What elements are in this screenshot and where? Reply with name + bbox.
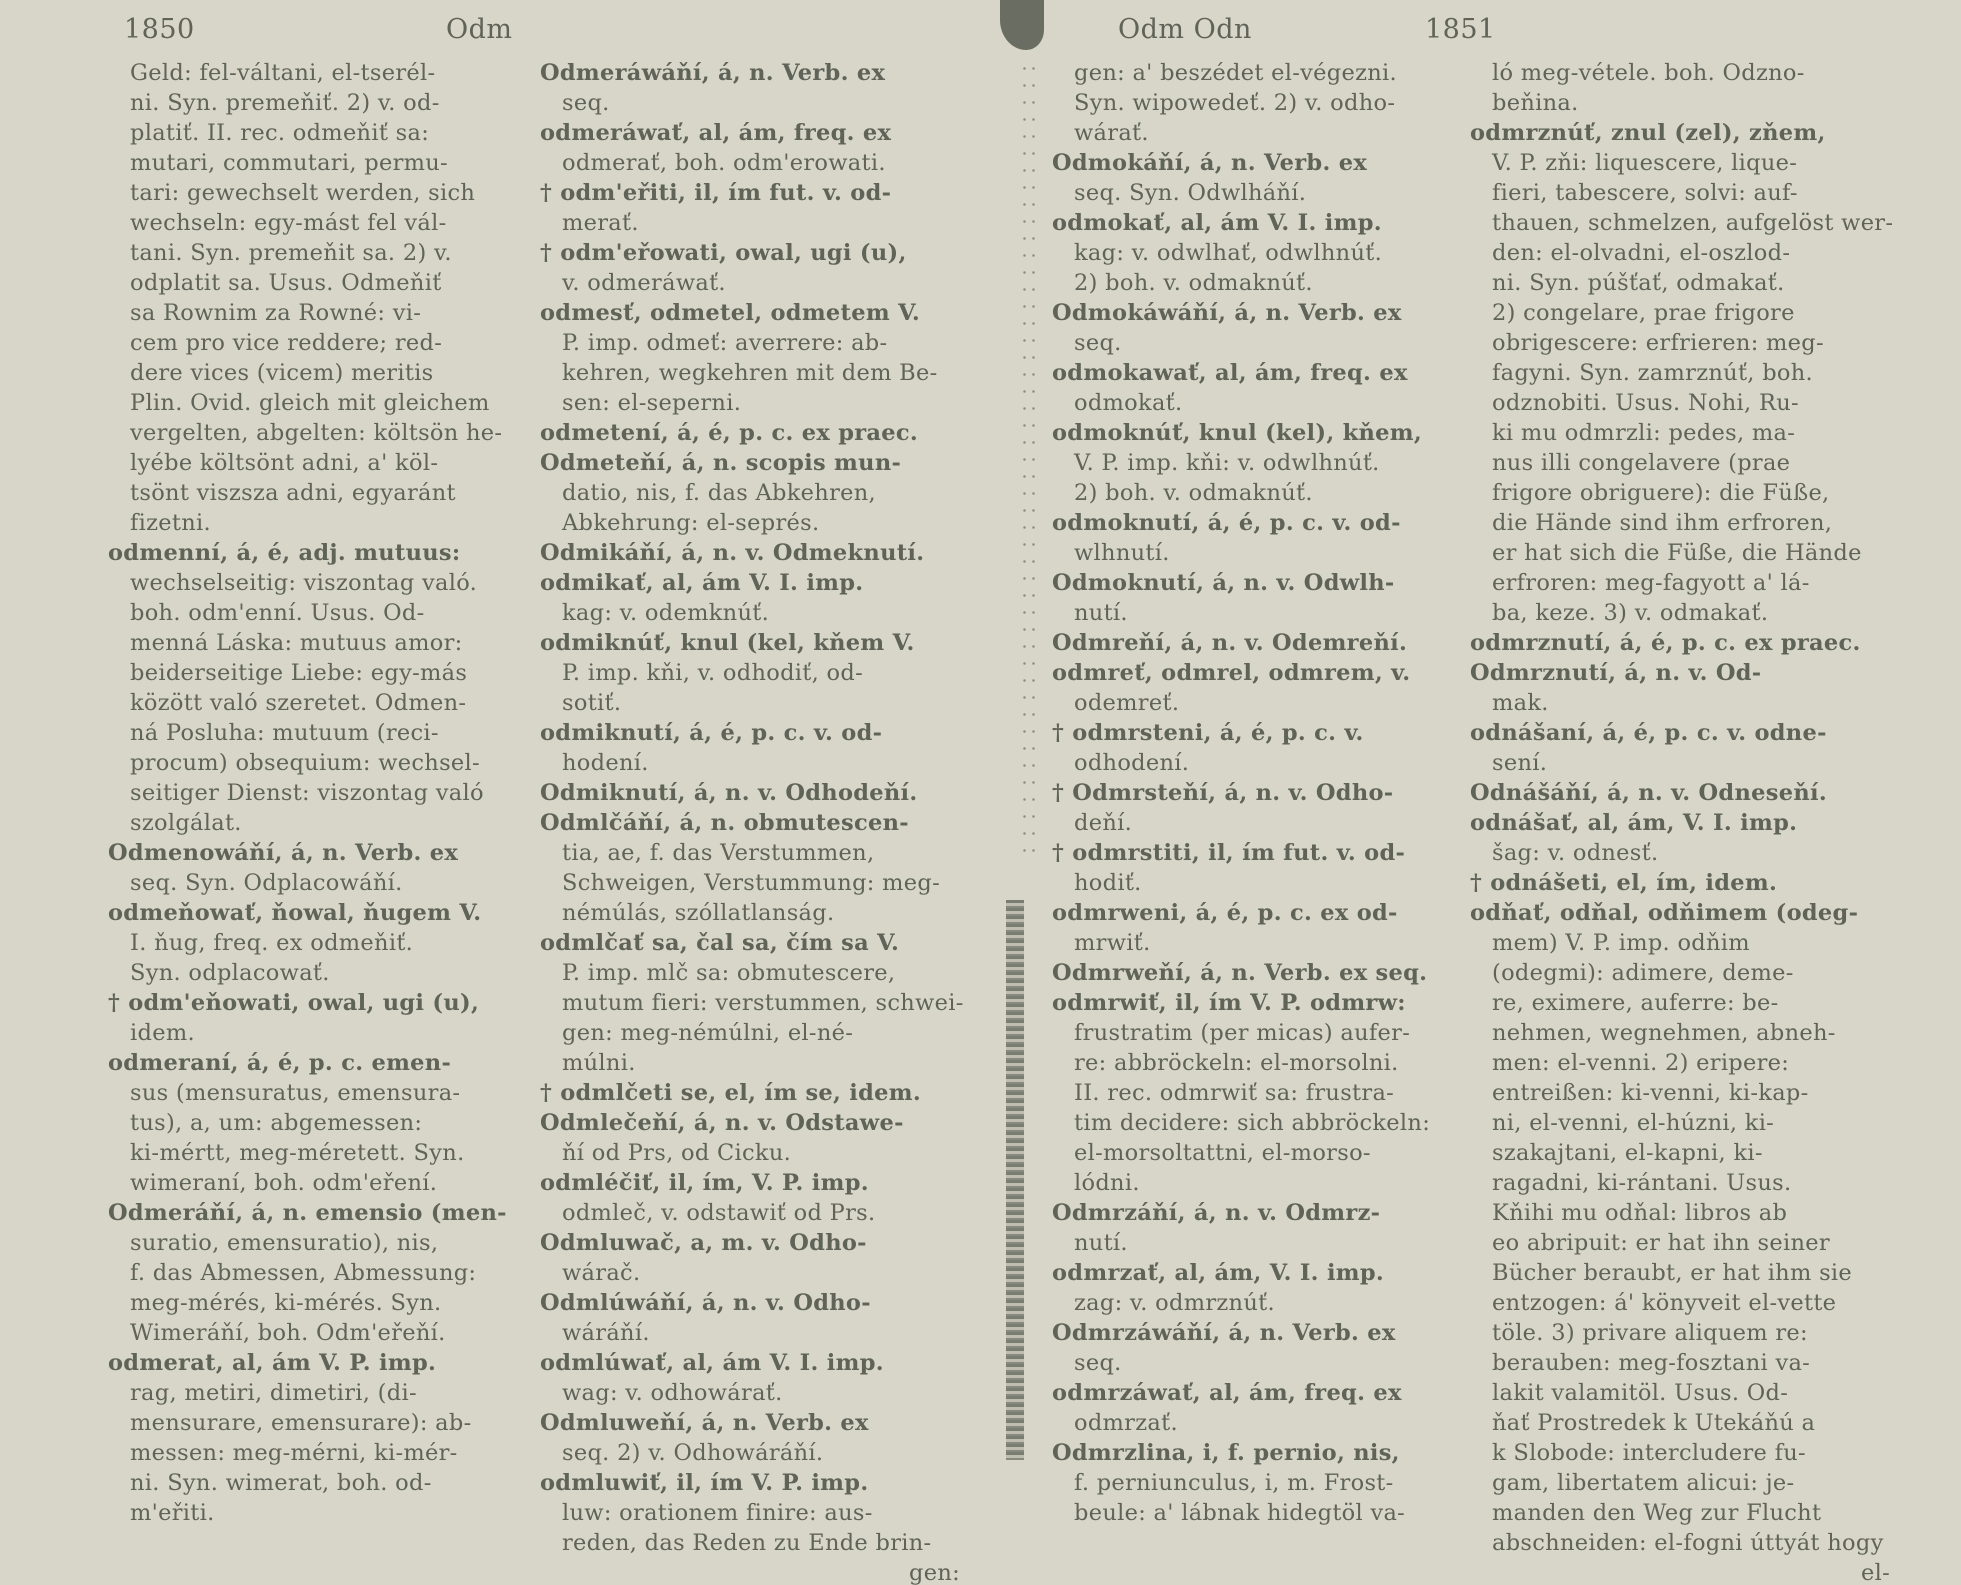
- entry-text-line: mak.: [1492, 688, 1549, 718]
- entry-headword-line: † odnášeti, el, ím, idem.: [1470, 868, 1777, 898]
- entry-headword-line: odňať, odňal, odňimem (odeg-: [1470, 898, 1858, 928]
- entry-headword-line: Odmenowáňí, á, n. Verb. ex: [108, 838, 458, 868]
- entry-text-line: szakajtani, el-kapni, ki-: [1492, 1138, 1763, 1168]
- entry-headword-line: odnášaní, á, é, p. c. v. odne-: [1470, 718, 1827, 748]
- entry-headword-line: odmluwiť, il, ím V. P. imp.: [540, 1468, 868, 1498]
- entry-text-line: nutí.: [1074, 598, 1128, 628]
- dictionary-column-4: ló meg-vétele. boh. Odzno-beňina.odmrznú…: [1470, 0, 1890, 1585]
- entry-headword-line: odmesť, odmetel, odmetem V.: [540, 298, 920, 328]
- entry-text-line: procum) obsequium: wechsel-: [130, 748, 480, 778]
- entry-text-line: er hat sich die Füße, die Hände: [1492, 538, 1862, 568]
- entry-text-line: v. odmeráwať.: [562, 268, 726, 298]
- entry-text-line: Geld: fel-váltani, el-tserél-: [130, 58, 435, 88]
- entry-headword-line: odmenní, á, é, adj. mutuus:: [108, 538, 461, 568]
- entry-text-line: ňať Prostredek k Utekáňú a: [1492, 1408, 1815, 1438]
- entry-text-line: Schweigen, Verstummung: meg-: [562, 868, 940, 898]
- entry-headword-line: odmrzáwať, al, ám, freq. ex: [1052, 1378, 1402, 1408]
- entry-headword-line: odmrznutí, á, é, p. c. ex praec.: [1470, 628, 1861, 658]
- entry-text-line: ki-mértt, meg-méretett. Syn.: [130, 1138, 465, 1168]
- entry-headword-line: † Odmrsteňí, á, n. v. Odho-: [1052, 778, 1393, 808]
- entry-headword-line: Odmlúwáňí, á, n. v. Odho-: [540, 1288, 871, 1318]
- entry-headword-line: Odmeteňí, á, n. scopis mun-: [540, 448, 901, 478]
- entry-text-line: mem) V. P. imp. odňim: [1492, 928, 1750, 958]
- entry-text-line: töle. 3) privare aliquem re:: [1492, 1318, 1808, 1348]
- entry-text-line: die Hände sind ihm erfroren,: [1492, 508, 1832, 538]
- entry-text-line: II. rec. odmrwiť sa: frustra-: [1074, 1078, 1394, 1108]
- entry-text-line: dere vices (vicem) meritis: [130, 358, 434, 388]
- entry-text-line: odemreť.: [1074, 688, 1179, 718]
- entry-text-line: wimeraní, boh. odm'eření.: [130, 1168, 437, 1198]
- entry-headword-line: odmiknutí, á, é, p. c. v. od-: [540, 718, 882, 748]
- entry-headword-line: Odmluwač, a, m. v. Odho-: [540, 1228, 867, 1258]
- entry-text-line: wag: v. odhowárať.: [562, 1378, 783, 1408]
- entry-text-line: entreißen: ki-venni, ki-kap-: [1492, 1078, 1809, 1108]
- entry-headword-line: Odmiknutí, á, n. v. Odhodeňí.: [540, 778, 918, 808]
- entry-headword-line: Odmrzáwáňí, á, n. Verb. ex: [1052, 1318, 1396, 1348]
- entry-text-line: mrwiť.: [1074, 928, 1151, 958]
- entry-text-line: f. perniunculus, i, m. Frost-: [1074, 1468, 1394, 1498]
- entry-text-line: el-morsoltattni, el-morso-: [1074, 1138, 1371, 1168]
- entry-headword-line: odmeraní, á, é, p. c. emen-: [108, 1048, 451, 1078]
- entry-headword-line: Odmluweňí, á, n. Verb. ex: [540, 1408, 869, 1438]
- entry-text-line: cem pro vice reddere; red-: [130, 328, 442, 358]
- entry-text-line: erfroren: meg-fagyott a' lá-: [1492, 568, 1810, 598]
- entry-text-line: wáráňí.: [562, 1318, 650, 1348]
- entry-text-line: odmleč, v. odstawiť od Prs.: [562, 1198, 875, 1228]
- entry-headword-line: odmrwiť, il, ím V. P. odmrw:: [1052, 988, 1406, 1018]
- entry-text-line: kag: v. odwlhať, odwlhnúť.: [1074, 238, 1382, 268]
- entry-text-line: messen: meg-mérni, ki-mér-: [130, 1438, 458, 1468]
- entry-headword-line: odmrznúť, znul (zel), zňem,: [1470, 118, 1826, 148]
- entry-text-line: tim decidere: sich abbröckeln:: [1074, 1108, 1430, 1138]
- entry-text-line: tari: gewechselt werden, sich: [130, 178, 475, 208]
- entry-text-line: ni. Syn. wimerat, boh. od-: [130, 1468, 432, 1498]
- entry-text-line: thauen, schmelzen, aufgelöst wer-: [1492, 208, 1893, 238]
- entry-headword-line: Odmoknutí, á, n. v. Odwlh-: [1052, 568, 1395, 598]
- entry-headword-line: † odm'eřiti, il, ím fut. v. od-: [540, 178, 891, 208]
- entry-text-line: beňina.: [1492, 88, 1579, 118]
- entry-text-line: ragadni, ki-rántani. Usus.: [1492, 1168, 1791, 1198]
- entry-text-line: sa Rownim za Rowné: vi-: [130, 298, 421, 328]
- entry-headword-line: Odmikáňí, á, n. v. Odmeknutí.: [540, 538, 924, 568]
- entry-text-line: I. ňug, freq. ex odmeňiť.: [130, 928, 413, 958]
- entry-text-line: menná Láska: mutuus amor:: [130, 628, 463, 658]
- entry-text-line: deňí.: [1074, 808, 1132, 838]
- entry-text-line: wechseln: egy-mást fel vál-: [130, 208, 447, 238]
- entry-text-line: tsönt viszsza adni, egyaránt: [130, 478, 456, 508]
- entry-headword-line: odmrzať, al, ám, V. I. imp.: [1052, 1258, 1384, 1288]
- entry-text-line: sen: el-seperni.: [562, 388, 741, 418]
- entry-headword-line: odnášať, al, ám, V. I. imp.: [1470, 808, 1797, 838]
- entry-text-line: Abkehrung: el-seprés.: [562, 508, 819, 538]
- entry-text-line: f. das Abmessen, Abmessung:: [130, 1258, 476, 1288]
- entry-headword-line: odmetení, á, é, p. c. ex praec.: [540, 418, 918, 448]
- entry-text-line: 2) congelare, prae frigore: [1492, 298, 1795, 328]
- entry-headword-line: † odm'eřowati, owal, ugi (u),: [540, 238, 907, 268]
- entry-text-line: odznobiti. Usus. Nohi, Ru-: [1492, 388, 1799, 418]
- entry-text-line: nus illi congelavere (prae: [1492, 448, 1790, 478]
- entry-text-line: seq.: [1074, 1348, 1122, 1378]
- entry-text-line: el-: [1861, 1558, 1890, 1585]
- entry-text-line: ňí od Prs, od Cicku.: [562, 1138, 791, 1168]
- dictionary-column-1: Geld: fel-váltani, el-tserél-ni. Syn. pr…: [108, 0, 528, 1585]
- entry-text-line: meg-mérés, ki-mérés. Syn.: [130, 1288, 442, 1318]
- entry-text-line: wlhnutí.: [1074, 538, 1170, 568]
- entry-text-line: re, eximere, auferre: be-: [1492, 988, 1779, 1018]
- entry-headword-line: † odmrstiti, il, ím fut. v. od-: [1052, 838, 1405, 868]
- dictionary-column-2: Odmeráwáňí, á, n. Verb. exseq.odmeráwať,…: [540, 0, 960, 1585]
- entry-text-line: men: el-venni. 2) eripere:: [1492, 1048, 1789, 1078]
- entry-headword-line: odmoknutí, á, é, p. c. v. od-: [1052, 508, 1401, 538]
- entry-headword-line: Odmrzáňí, á, n. v. Odmrz-: [1052, 1198, 1380, 1228]
- entry-text-line: wechselseitig: viszontag való.: [130, 568, 477, 598]
- entry-headword-line: odmeňowať, ňowal, ňugem V.: [108, 898, 481, 928]
- entry-text-line: frustratim (per micas) aufer-: [1074, 1018, 1410, 1048]
- entry-text-line: k Slobode: intercludere fu-: [1492, 1438, 1806, 1468]
- entry-text-line: zag: v. odmrznúť.: [1074, 1288, 1275, 1318]
- entry-text-line: fagyni. Syn. zamrznúť, boh.: [1492, 358, 1813, 388]
- entry-text-line: seq. 2) v. Odhowáráňí.: [562, 1438, 823, 1468]
- entry-text-line: eo abripuit: er hat ihn seiner: [1492, 1228, 1830, 1258]
- entry-text-line: Bücher beraubt, er hat ihm sie: [1492, 1258, 1852, 1288]
- entry-headword-line: odmlčať sa, čal sa, čím sa V.: [540, 928, 899, 958]
- entry-text-line: tani. Syn. premeňit sa. 2) v.: [130, 238, 452, 268]
- entry-text-line: sotiť.: [562, 688, 621, 718]
- entry-headword-line: † odm'eňowati, owal, ugi (u),: [108, 988, 479, 1018]
- entry-text-line: suratio, emensuratio), nis,: [130, 1228, 438, 1258]
- entry-headword-line: Odmrweňí, á, n. Verb. ex seq.: [1052, 958, 1427, 988]
- entry-text-line: ki mu odmrzli: pedes, ma-: [1492, 418, 1795, 448]
- entry-text-line: ni. Syn. premeňiť. 2) v. od-: [130, 88, 440, 118]
- entry-text-line: nutí.: [1074, 1228, 1128, 1258]
- entry-text-line: obrigescere: erfrieren: meg-: [1492, 328, 1824, 358]
- entry-text-line: mutari, commutari, permu-: [130, 148, 448, 178]
- entry-text-line: odhodení.: [1074, 748, 1189, 778]
- entry-text-line: fizetni.: [130, 508, 211, 538]
- entry-text-line: lódni.: [1074, 1168, 1140, 1198]
- entry-text-line: gen: a' beszédet el-végezni.: [1074, 58, 1397, 88]
- entry-text-line: ba, keze. 3) v. odmakať.: [1492, 598, 1768, 628]
- entry-text-line: boh. odm'enní. Usus. Od-: [130, 598, 425, 628]
- entry-text-line: merať.: [562, 208, 639, 238]
- entry-text-line: odmerať, boh. odm'erowati.: [562, 148, 886, 178]
- entry-text-line: múlni.: [562, 1048, 636, 1078]
- entry-text-line: gen: meg-némúlni, el-né-: [562, 1018, 853, 1048]
- entry-text-line: Wimeráňí, boh. Odm'eřeňí.: [130, 1318, 446, 1348]
- entry-headword-line: † odmlčeti se, el, ím se, idem.: [540, 1078, 921, 1108]
- entry-text-line: Syn. wipowedeť. 2) v. odho-: [1074, 88, 1395, 118]
- entry-text-line: wárač.: [562, 1258, 640, 1288]
- entry-text-line: gen:: [909, 1558, 960, 1585]
- entry-text-line: wárať.: [1074, 118, 1149, 148]
- dictionary-column-3: gen: a' beszédet el-végezni.Syn. wipowed…: [1052, 0, 1472, 1585]
- entry-text-line: rag, metiri, dimetiri, (di-: [130, 1378, 417, 1408]
- entry-headword-line: odmokawať, al, ám, freq. ex: [1052, 358, 1408, 388]
- entry-text-line: den: el-olvadni, el-oszlod-: [1492, 238, 1790, 268]
- entry-text-line: luw: orationem finire: aus-: [562, 1498, 873, 1528]
- entry-text-line: V. P. zňi: liquescere, lique-: [1492, 148, 1797, 178]
- entry-text-line: gam, libertatem alicui: je-: [1492, 1468, 1794, 1498]
- entry-text-line: reden, das Reden zu Ende brin-: [562, 1528, 931, 1558]
- entry-headword-line: † odmrsteni, á, é, p. c. v.: [1052, 718, 1364, 748]
- entry-headword-line: Odmeráwáňí, á, n. Verb. ex: [540, 58, 885, 88]
- entry-text-line: seq. Syn. Odwlháňí.: [1074, 178, 1306, 208]
- entry-text-line: ni. Syn. púšťať, odmakať.: [1492, 268, 1785, 298]
- entry-text-line: ló meg-vétele. boh. Odzno-: [1492, 58, 1805, 88]
- entry-headword-line: odmokať, al, ám V. I. imp.: [1052, 208, 1382, 238]
- entry-text-line: seitiger Dienst: viszontag való: [130, 778, 484, 808]
- entry-headword-line: Odmeráňí, á, n. emensio (men-: [108, 1198, 507, 1228]
- entry-text-line: ni, el-venni, el-húzni, ki-: [1492, 1108, 1774, 1138]
- entry-text-line: ná Posluha: mutuum (reci-: [130, 718, 439, 748]
- entry-text-line: Kňihi mu odňal: libros ab: [1492, 1198, 1787, 1228]
- entry-text-line: kehren, wegkehren mit dem Be-: [562, 358, 938, 388]
- entry-headword-line: odmrweni, á, é, p. c. ex od-: [1052, 898, 1398, 928]
- entry-text-line: P. imp. kňi, v. odhodiť, od-: [562, 658, 863, 688]
- entry-text-line: P. imp. mlč sa: obmutescere,: [562, 958, 895, 988]
- entry-text-line: P. imp. odmeť: averrere: ab-: [562, 328, 887, 358]
- entry-text-line: nehmen, wegnehmen, abneh-: [1492, 1018, 1836, 1048]
- entry-headword-line: Odmrzlina, i, f. pernio, nis,: [1052, 1438, 1400, 1468]
- entry-text-line: vergelten, abgelten: költsön he-: [130, 418, 502, 448]
- entry-headword-line: odmeráwať, al, ám, freq. ex: [540, 118, 891, 148]
- entry-text-line: re: abbröckeln: el-morsolni.: [1074, 1048, 1399, 1078]
- entry-headword-line: odmikať, al, ám V. I. imp.: [540, 568, 863, 598]
- entry-headword-line: Odmlečeňí, á, n. v. Odstawe-: [540, 1108, 904, 1138]
- entry-text-line: berauben: meg-fosztani va-: [1492, 1348, 1810, 1378]
- entry-text-line: beule: a' lábnak hidegtöl va-: [1074, 1498, 1405, 1528]
- entry-text-line: V. P. imp. kňi: v. odwlhnúť.: [1074, 448, 1380, 478]
- entry-text-line: idem.: [130, 1018, 195, 1048]
- entry-text-line: mutum fieri: verstummen, schwei-: [562, 988, 964, 1018]
- entry-text-line: platiť. II. rec. odmeňiť sa:: [130, 118, 429, 148]
- entry-text-line: (odegmi): adimere, deme-: [1492, 958, 1794, 988]
- entry-text-line: lyébe költsönt adni, a' köl-: [130, 448, 438, 478]
- entry-text-line: frigore obriguere): die Füße,: [1492, 478, 1830, 508]
- entry-headword-line: Odnášáňí, á, n. v. Odneseňí.: [1470, 778, 1827, 808]
- entry-text-line: m'eřiti.: [130, 1498, 215, 1528]
- entry-text-line: 2) boh. v. odmaknúť.: [1074, 268, 1313, 298]
- entry-text-line: odmrzať.: [1074, 1408, 1178, 1438]
- entry-text-line: Syn. odplacowať.: [130, 958, 330, 988]
- entry-text-line: hodení.: [562, 748, 649, 778]
- entry-text-line: šag: v. odnesť.: [1492, 838, 1658, 868]
- entry-text-line: sení.: [1492, 748, 1547, 778]
- entry-text-line: manden den Weg zur Flucht: [1492, 1498, 1821, 1528]
- entry-headword-line: Odmreňí, á, n. v. Odemreňí.: [1052, 628, 1407, 658]
- entry-text-line: között való szeretet. Odmen-: [130, 688, 466, 718]
- entry-text-line: seq.: [1074, 328, 1122, 358]
- entry-headword-line: odmléčiť, il, ím, V. P. imp.: [540, 1168, 869, 1198]
- entry-headword-line: odmiknúť, knul (kel, kňem V.: [540, 628, 915, 658]
- entry-text-line: mensurare, emensurare): ab-: [130, 1408, 472, 1438]
- entry-text-line: hodiť.: [1074, 868, 1142, 898]
- entry-text-line: datio, nis, f. das Abkehren,: [562, 478, 876, 508]
- entry-headword-line: odmoknúť, knul (kel), kňem,: [1052, 418, 1422, 448]
- entry-text-line: szolgálat.: [130, 808, 242, 838]
- entry-text-line: tia, ae, f. das Verstummen,: [562, 838, 874, 868]
- entry-text-line: entzogen: á' könyveit el-vette: [1492, 1288, 1836, 1318]
- entry-text-line: fieri, tabescere, solvi: auf-: [1492, 178, 1798, 208]
- entry-headword-line: Odmokáňí, á, n. Verb. ex: [1052, 148, 1367, 178]
- entry-text-line: sus (mensuratus, emensura-: [130, 1078, 460, 1108]
- entry-text-line: abschneiden: el-fogni úttyát hogy: [1492, 1528, 1884, 1558]
- entry-text-line: lakit valamitöl. Usus. Od-: [1492, 1378, 1788, 1408]
- entry-headword-line: Odmlčáňí, á, n. obmutescen-: [540, 808, 909, 838]
- entry-text-line: odmokať.: [1074, 388, 1182, 418]
- entry-headword-line: odmerat, al, ám V. P. imp.: [108, 1348, 436, 1378]
- entry-headword-line: odmlúwať, al, ám V. I. imp.: [540, 1348, 884, 1378]
- entry-headword-line: Odmokáwáňí, á, n. Verb. ex: [1052, 298, 1402, 328]
- entry-text-line: beiderseitige Liebe: egy-más: [130, 658, 467, 688]
- entry-text-line: odplatit sa. Usus. Odmeňiť: [130, 268, 442, 298]
- entry-headword-line: Odmrznutí, á, n. v. Od-: [1470, 658, 1761, 688]
- entry-headword-line: odmreť, odmrel, odmrem, v.: [1052, 658, 1410, 688]
- entry-text-line: 2) boh. v. odmaknúť.: [1074, 478, 1313, 508]
- entry-text-line: seq.: [562, 88, 610, 118]
- entry-text-line: kag: v. odemknúť.: [562, 598, 769, 628]
- entry-text-line: Plin. Ovid. gleich mit gleichem: [130, 388, 490, 418]
- entry-text-line: seq. Syn. Odplacowáňí.: [130, 868, 403, 898]
- entry-text-line: némúlás, szóllatlanság.: [562, 898, 834, 928]
- entry-text-line: tus), a, um: abgemessen:: [130, 1108, 422, 1138]
